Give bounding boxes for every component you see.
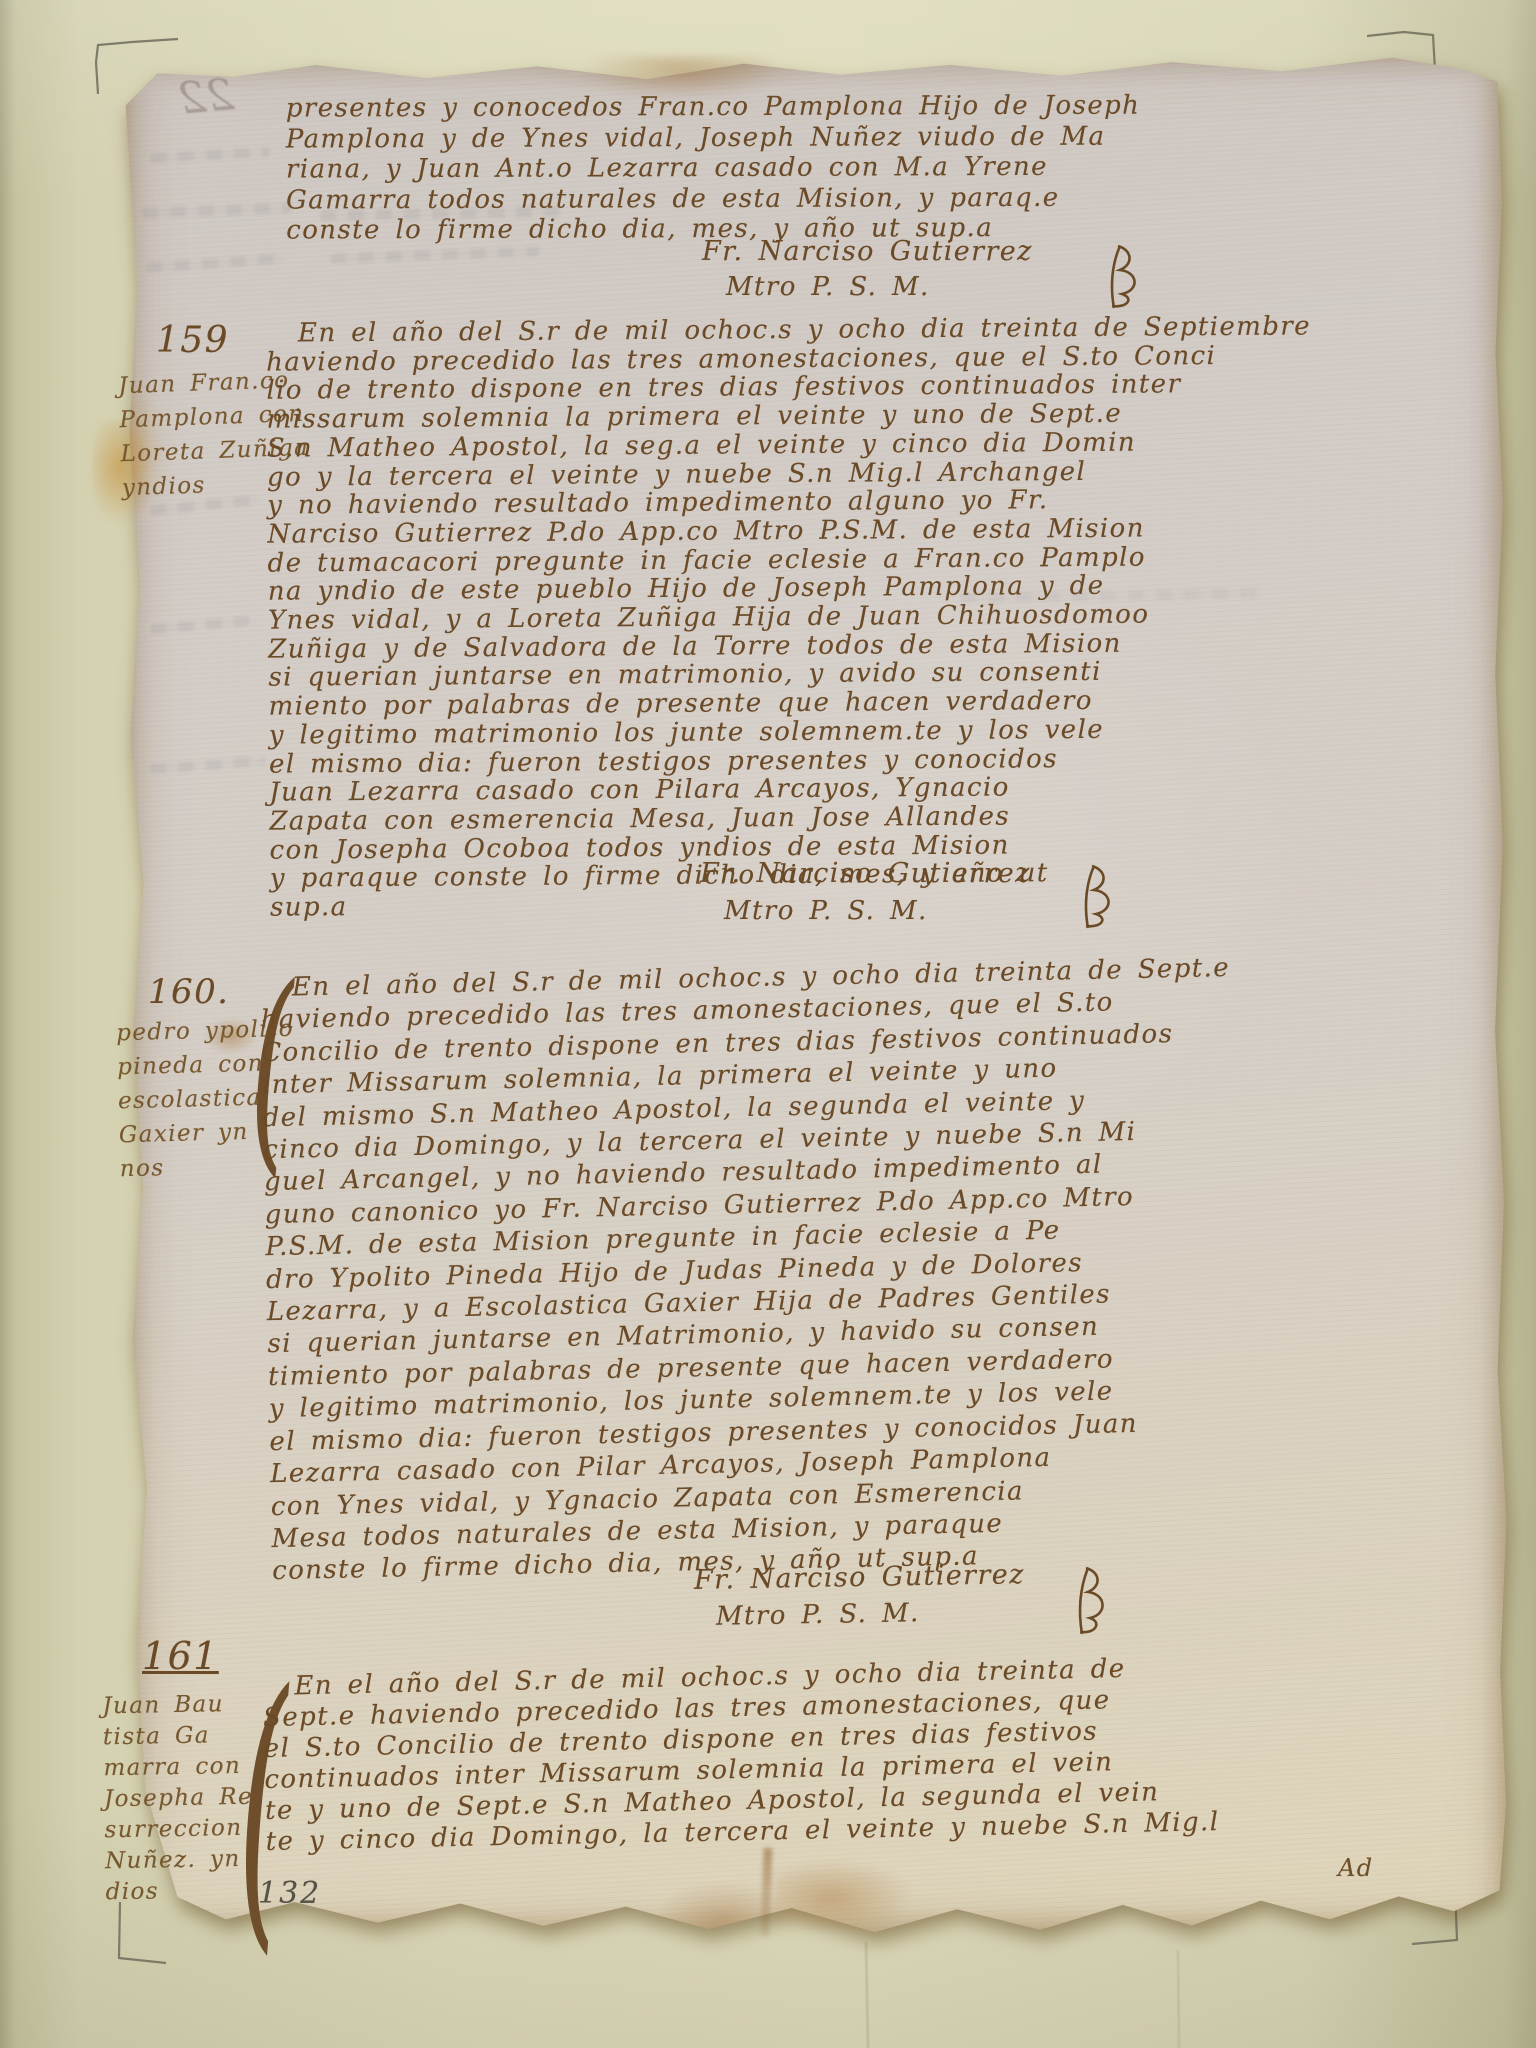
handwritten-line: Pamplona y de Ynes vidal, Joseph Nuñez v… <box>286 121 1141 154</box>
entry-161-body: En el año del S.r de mil ochoc.s y ocho … <box>262 1652 1220 1858</box>
signature-name: Fr. Narciso Gutierrez <box>702 236 1033 267</box>
handwritten-line: Gamarra todos naturales de esta Mision, … <box>286 182 1141 215</box>
handwritten-line: riana, y Juan Ant.o Lezarra casado con M… <box>286 152 1141 185</box>
signature-rubric-icon <box>1072 864 1118 930</box>
handwritten-line: presentes y conocedos Fran.co Pamplona H… <box>286 91 1141 124</box>
handwritten-line: Josepha Re <box>104 1782 254 1816</box>
photo-of-manuscript: 22 presentes y conocedos Fran.co Pamplon… <box>0 0 1536 2048</box>
signature-rubric-icon <box>1066 1566 1112 1636</box>
handwritten-line: dios <box>105 1875 255 1909</box>
entry-160-body: En el año del S.r de mil ochoc.s y ocho … <box>260 952 1243 1588</box>
handwritten-line: Juan Bau <box>102 1689 252 1723</box>
folio-number: 132 <box>258 1876 321 1911</box>
signature-name: Fr. Narciso Gutierrez <box>700 858 1031 889</box>
background-crease-line <box>866 1942 868 2048</box>
entry-161-margin-note: Juan Bautista Gamarra conJosepha Resurre… <box>102 1689 255 1909</box>
handwritten-line: Nuñez. yn <box>105 1844 255 1878</box>
entry-159-number: 159 <box>156 320 229 361</box>
handwritten-line: tista Ga <box>103 1720 253 1754</box>
entry-160-number: 160. <box>148 972 229 1012</box>
signature-rubric-icon <box>1098 244 1144 310</box>
signature-name: Fr. Narciso Gutierrez <box>694 1559 1025 1596</box>
continuation-paragraph: presentes y conocedos Fran.co Pamplona H… <box>286 91 1141 246</box>
entry-159-body: En el año del S.r de mil ochoc.s y ocho … <box>266 312 1315 922</box>
catchword: Ad <box>1338 1854 1374 1882</box>
signature-title: Mtro P. S. M. <box>716 1598 920 1632</box>
signature-title: Mtro P. S. M. <box>724 896 928 926</box>
handwritten-line: surreccion <box>104 1813 254 1847</box>
background-crease-line <box>1178 1950 1179 2048</box>
handwritten-line: marra con <box>103 1751 253 1785</box>
signature-title: Mtro P. S. M. <box>726 272 930 302</box>
entry-161-number: 161 <box>142 1634 219 1678</box>
ghost-folio-numeral: 22 <box>176 70 236 126</box>
